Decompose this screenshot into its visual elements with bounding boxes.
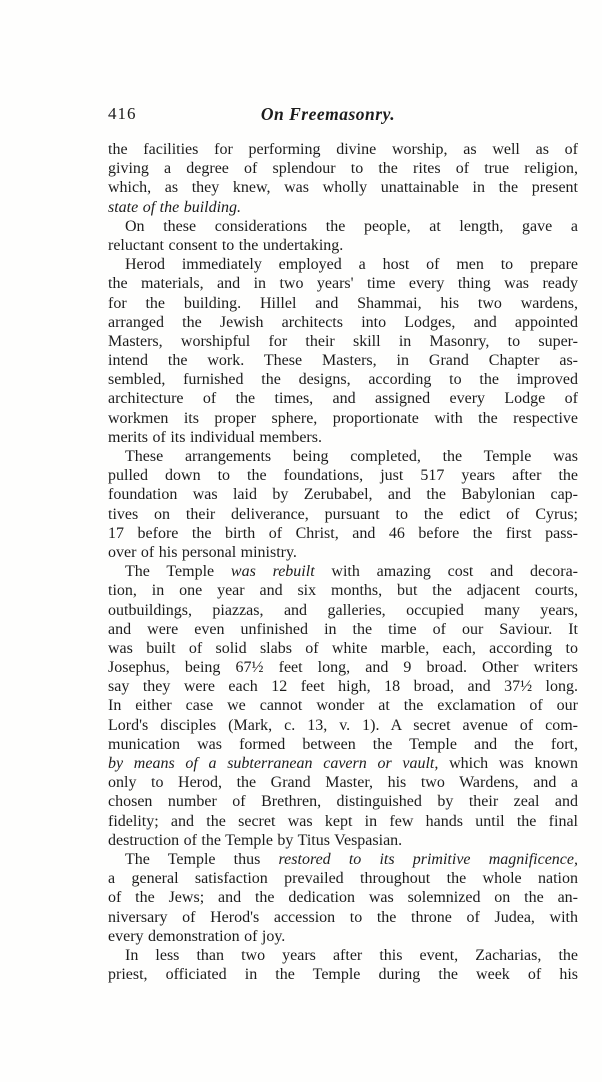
text-run: over of his personal ministry. (108, 544, 297, 561)
running-title: On Freemasonry. (108, 104, 548, 125)
text-line: a general satisfaction prevailed through… (108, 869, 578, 888)
text-run: In either case we cannot wonder at the e… (108, 697, 578, 714)
text-run: destruction of the Temple by Titus Vespa… (108, 832, 402, 849)
text-line: and were even unfinished in the time of … (108, 620, 578, 639)
italic-text-run: by means of a subterranean cavern or vau… (108, 755, 438, 772)
text-run: a general satisfaction prevailed through… (108, 870, 578, 887)
text-line: workmen its proper sphere, proportionate… (108, 409, 578, 428)
text-run: Josephus, being 67½ feet long, and 9 bro… (108, 659, 578, 676)
text-line: for the building. Hillel and Shammai, hi… (108, 294, 578, 313)
text-run: On these considerations the people, at l… (125, 218, 578, 235)
text-run: which was known (438, 755, 578, 772)
text-run: was built of solid slabs of white marble… (108, 640, 578, 657)
text-line: The Temple was rebuilt with amazing cost… (108, 562, 578, 581)
text-line: Josephus, being 67½ feet long, and 9 bro… (108, 658, 578, 677)
text-line: the facilities for performing divine wor… (108, 140, 578, 159)
text-run: the facilities for performing divine wor… (108, 141, 578, 158)
text-line: niversary of Herod's accession to the th… (108, 908, 578, 927)
text-line: The Temple thus restored to its primitiv… (108, 850, 578, 869)
text-run: tives on their deliverance, pursuant to … (108, 506, 578, 523)
text-run: Lord's disciples (Mark, c. 13, v. 1). A … (108, 717, 578, 734)
text-run: sembled, furnished the designs, accordin… (108, 371, 578, 388)
text-line: fidelity; and the secret was kept in few… (108, 812, 578, 831)
text-line: munication was formed between the Temple… (108, 735, 578, 754)
body-text-block: the facilities for performing divine wor… (108, 140, 578, 984)
text-line: reluctant consent to the undertaking. (108, 236, 578, 255)
text-line: chosen number of Brethren, distinguished… (108, 792, 578, 811)
text-run: every demonstration of joy. (108, 928, 285, 945)
text-run: 17 before the birth of Christ, and 46 be… (108, 525, 578, 542)
text-line: which, as they knew, was wholly unattain… (108, 178, 578, 197)
text-run: outbuildings, piazzas, and galleries, oc… (108, 602, 578, 619)
text-run: intend the work. These Masters, in Grand… (108, 352, 578, 369)
text-run: priest, officiated in the Temple during … (108, 966, 578, 983)
text-run: with amazing cost and decora- (315, 563, 578, 580)
text-run: The Temple thus (125, 851, 279, 868)
text-run: These arrangements being completed, the … (125, 448, 578, 465)
text-run: say they were each 12 feet high, 18 broa… (108, 678, 578, 695)
text-run: The Temple (125, 563, 231, 580)
text-line: say they were each 12 feet high, 18 broa… (108, 677, 578, 696)
text-run: architecture of the times, and assigned … (108, 390, 578, 407)
text-run: merits of its individual members. (108, 429, 322, 446)
italic-text-run: was rebuilt (231, 563, 315, 580)
text-line: outbuildings, piazzas, and galleries, oc… (108, 601, 578, 620)
text-run: tion, in one year and six months, but th… (108, 582, 578, 599)
text-run: only to Herod, the Grand Master, his two… (108, 774, 578, 791)
text-run: and were even unfinished in the time of … (108, 621, 578, 638)
text-line: In less than two years after this event,… (108, 946, 578, 965)
text-line: only to Herod, the Grand Master, his two… (108, 773, 578, 792)
text-line: Herod immediately employed a host of men… (108, 255, 578, 274)
page-header: 416 On Freemasonry. (108, 104, 578, 126)
text-line: These arrangements being completed, the … (108, 447, 578, 466)
text-run: which, as they knew, was wholly unattain… (108, 179, 578, 196)
italic-text-run: state of the building. (108, 199, 241, 216)
text-line: sembled, furnished the designs, accordin… (108, 370, 578, 389)
text-line: On these considerations the people, at l… (108, 217, 578, 236)
text-line: every demonstration of joy. (108, 927, 578, 946)
text-run: chosen number of Brethren, distinguished… (108, 793, 578, 810)
text-run: fidelity; and the secret was kept in few… (108, 813, 578, 830)
text-line: intend the work. These Masters, in Grand… (108, 351, 578, 370)
text-line: Masters, worshipful for their skill in M… (108, 332, 578, 351)
text-line: tives on their deliverance, pursuant to … (108, 505, 578, 524)
text-line: state of the building. (108, 198, 578, 217)
text-line: of the Jews; and the dedication was sole… (108, 888, 578, 907)
text-line: destruction of the Temple by Titus Vespa… (108, 831, 578, 850)
book-page: 416 On Freemasonry. the facilities for p… (0, 0, 602, 1082)
text-run: Masters, worshipful for their skill in M… (108, 333, 578, 350)
text-line: pulled down to the foundations, just 517… (108, 466, 578, 485)
text-run: In less than two years after this event,… (125, 947, 578, 964)
text-line: 17 before the birth of Christ, and 46 be… (108, 524, 578, 543)
text-line: In either case we cannot wonder at the e… (108, 696, 578, 715)
text-run: of the Jews; and the dedication was sole… (108, 889, 578, 906)
text-run: Herod immediately employed a host of men… (125, 256, 578, 273)
text-run: giving a degree of splendour to the rite… (108, 160, 578, 177)
text-run: workmen its proper sphere, proportionate… (108, 410, 578, 427)
text-line: architecture of the times, and assigned … (108, 389, 578, 408)
text-run: munication was formed between the Temple… (108, 736, 578, 753)
text-line: over of his personal ministry. (108, 543, 578, 562)
text-line: by means of a subterranean cavern or vau… (108, 754, 578, 773)
text-run: arranged the Jewish architects into Lodg… (108, 314, 578, 331)
text-run: for the building. Hillel and Shammai, hi… (108, 295, 578, 312)
text-line: Lord's disciples (Mark, c. 13, v. 1). A … (108, 716, 578, 735)
text-run: pulled down to the foundations, just 517… (108, 467, 578, 484)
italic-text-run: restored to its primitive magnificence, (279, 851, 578, 868)
text-line: tion, in one year and six months, but th… (108, 581, 578, 600)
text-line: was built of solid slabs of white marble… (108, 639, 578, 658)
text-run: niversary of Herod's accession to the th… (108, 909, 578, 926)
text-line: priest, officiated in the Temple during … (108, 965, 578, 984)
text-run: foundation was laid by Zerubabel, and th… (108, 486, 578, 503)
text-line: giving a degree of splendour to the rite… (108, 159, 578, 178)
text-run: reluctant consent to the undertaking. (108, 237, 343, 254)
text-line: foundation was laid by Zerubabel, and th… (108, 485, 578, 504)
text-run: the materials, and in two years' time ev… (108, 275, 578, 292)
text-line: merits of its individual members. (108, 428, 578, 447)
text-line: the materials, and in two years' time ev… (108, 274, 578, 293)
text-line: arranged the Jewish architects into Lodg… (108, 313, 578, 332)
